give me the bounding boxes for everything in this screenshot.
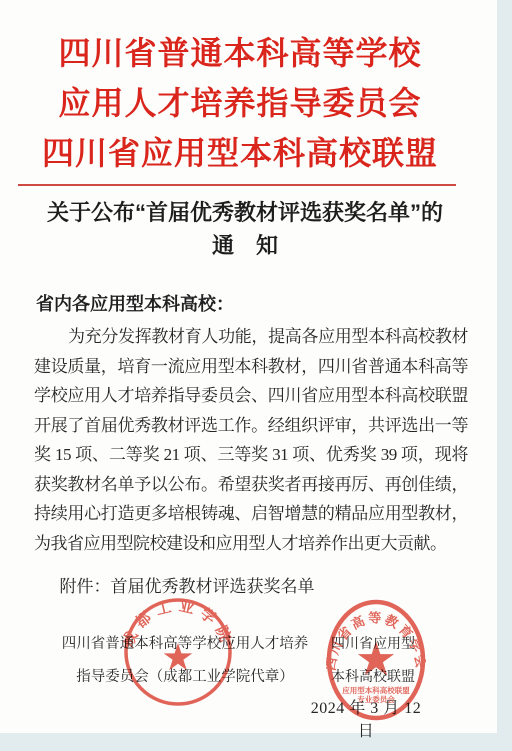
letterhead-line-2: 应用人才培养指导委员会: [0, 78, 480, 128]
signature-right-line2: 本科高校联盟: [330, 661, 416, 694]
letterhead-divider: [18, 184, 456, 186]
signature-right: 四川省应用型 本科高校联盟: [330, 628, 416, 694]
signature-left-line2: 指导委员会（成都工业学院代章）: [56, 661, 314, 694]
attachment-line: 附件：首届优秀教材评选获奖名单: [34, 572, 315, 597]
document-date: 2024 年 3 月 12 日: [306, 695, 426, 741]
signature-left-line1: 四川省普通本科高等学校应用人才培养: [56, 628, 314, 661]
letterhead-line-1: 四川省普通本科高等学校: [0, 28, 480, 78]
signature-left: 四川省普通本科高等学校应用人才培养 指导委员会（成都工业学院代章）: [56, 628, 314, 694]
document-page: 四川省普通本科高等学校 应用人才培养指导委员会 四川省应用型本科高校联盟 关于公…: [0, 0, 512, 751]
signature-right-line1: 四川省应用型: [330, 628, 416, 661]
salutation: 省内各应用型本科高校：: [36, 290, 234, 316]
body-paragraph: 为充分发挥教材育人功能，提高各应用型本科高校教材建设质量，培育一流应用型本科教材…: [34, 322, 468, 558]
letterhead-line-3: 四川省应用型本科高校联盟: [0, 128, 480, 178]
letterhead: 四川省普通本科高等学校 应用人才培养指导委员会 四川省应用型本科高校联盟: [0, 28, 480, 178]
document-title: 关于公布“首届优秀教材评选获奖名单”的 通 知: [0, 196, 490, 262]
